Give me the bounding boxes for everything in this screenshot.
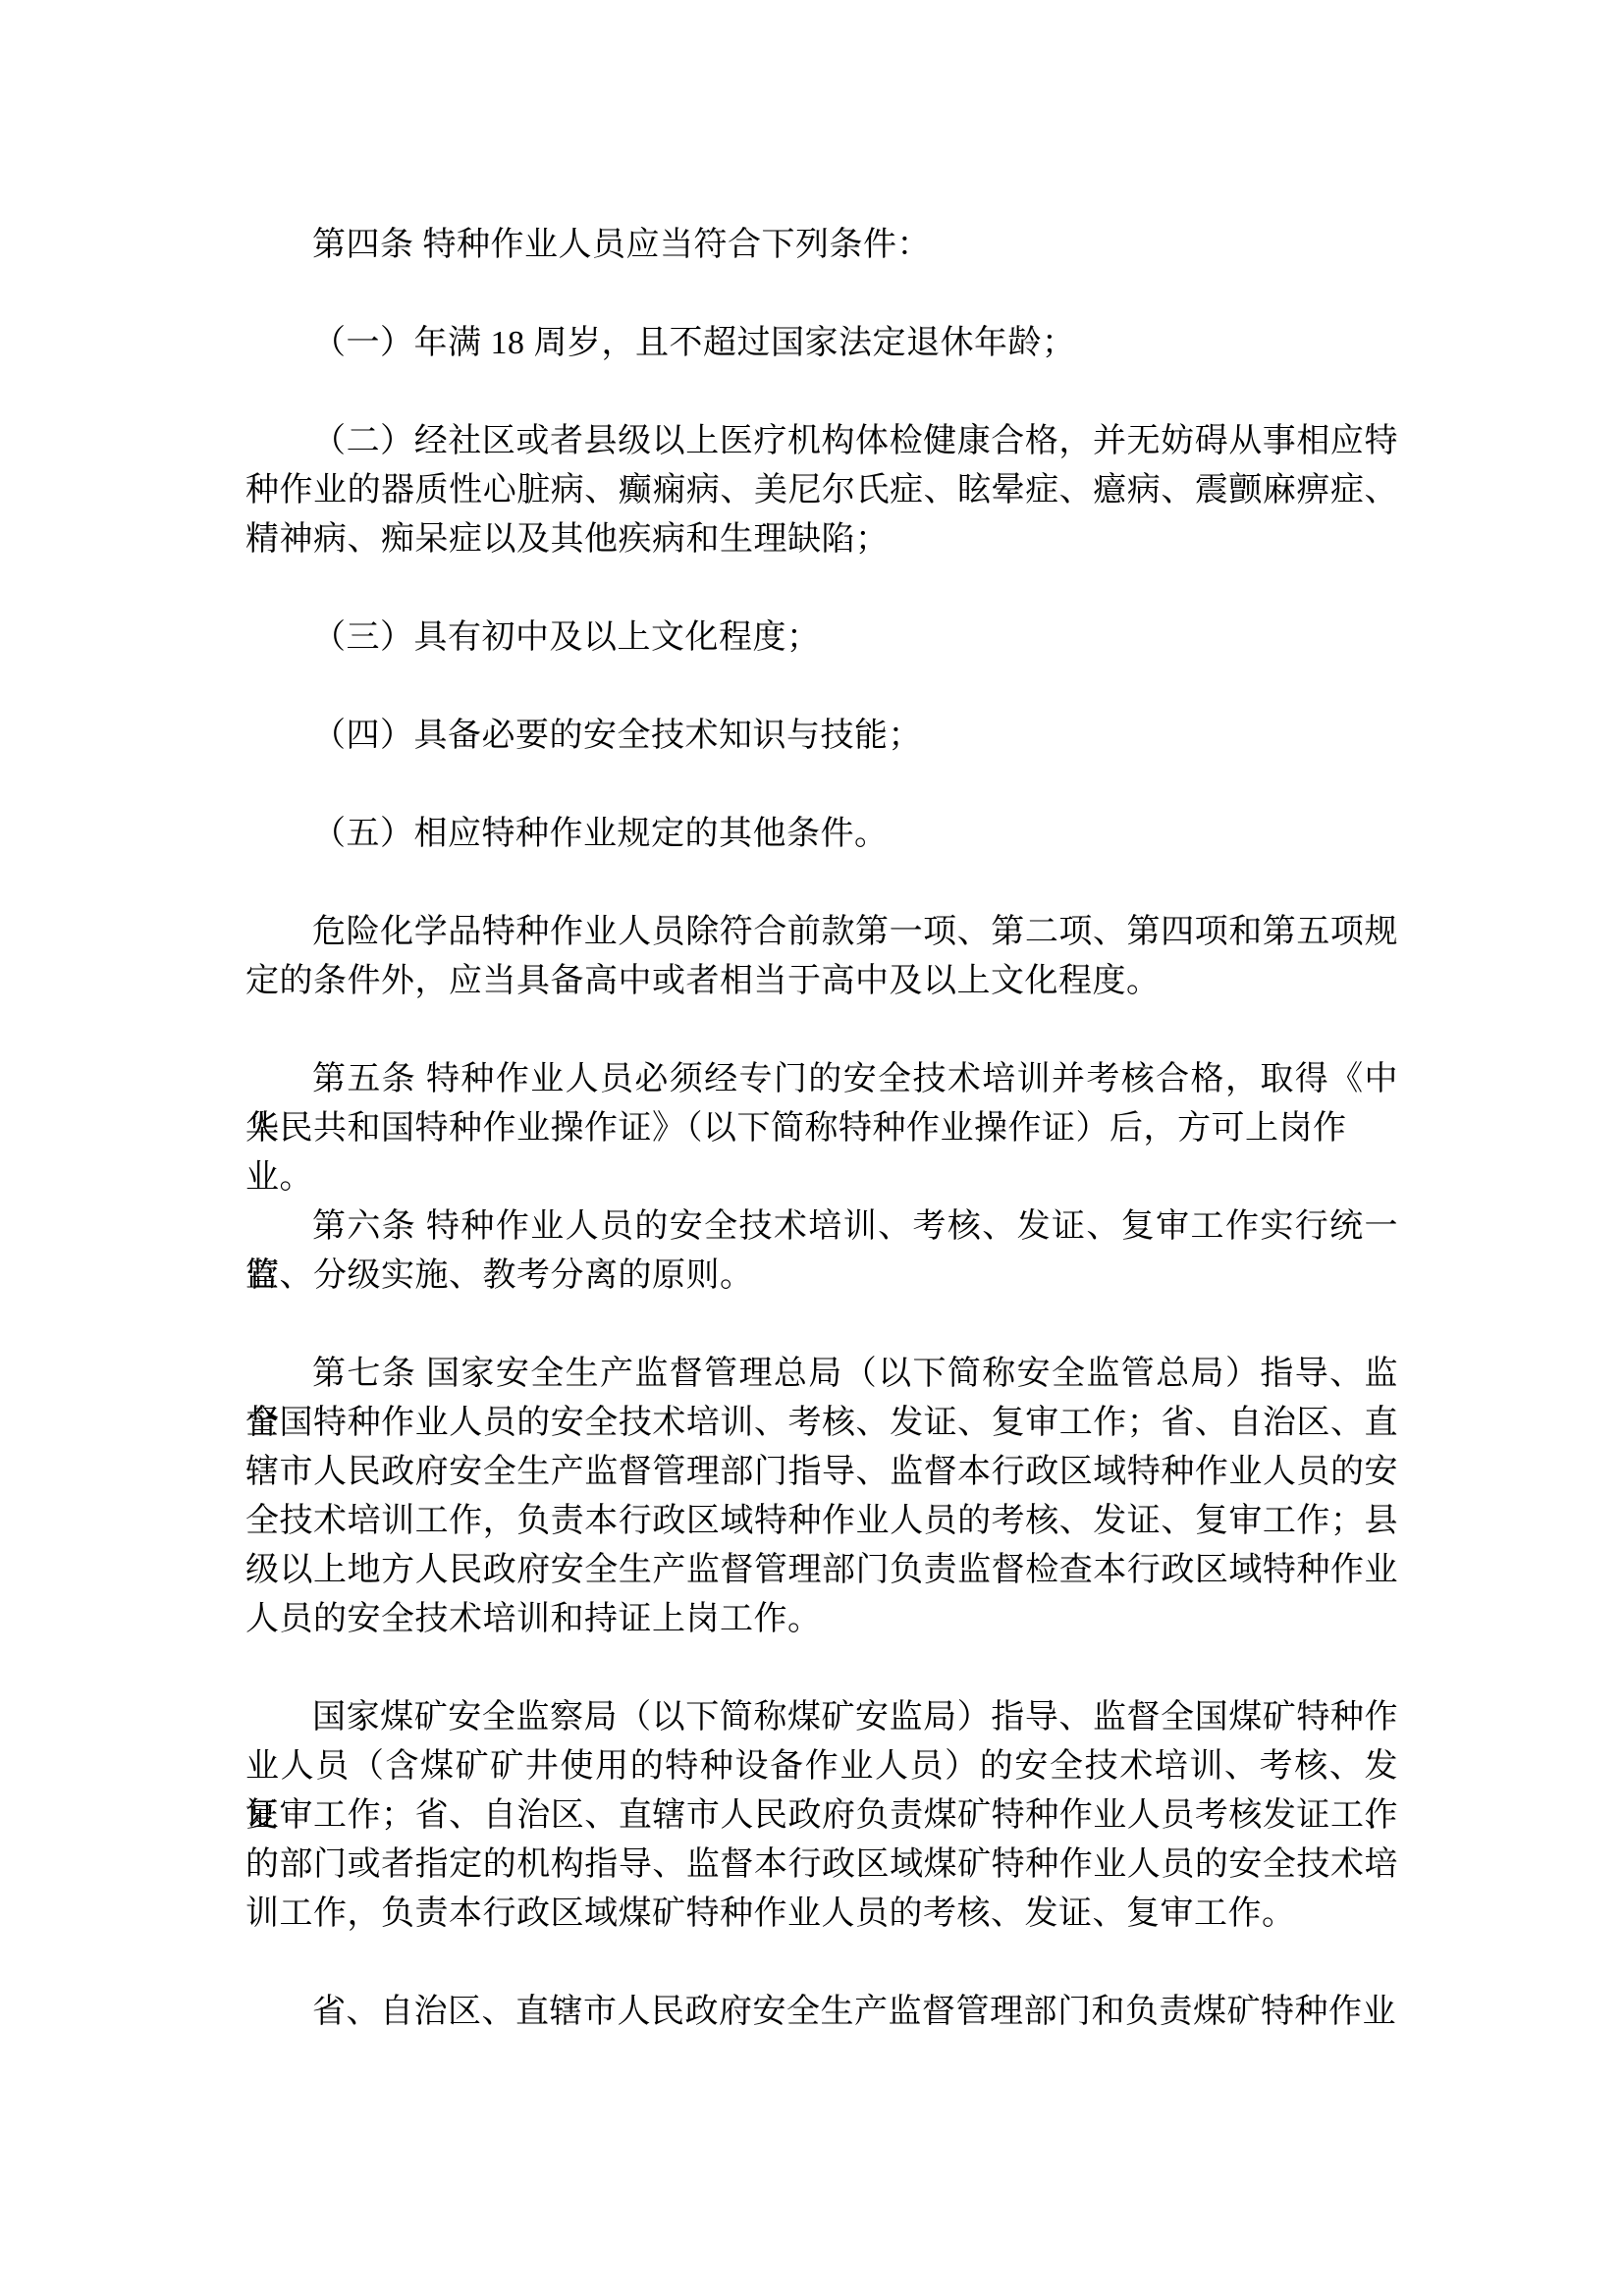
text-line: 管、分级实施、教考分离的原则。	[245, 1252, 1398, 1301]
text-line: （一）年满 18 周岁，且不超过国家法定退休年龄；	[245, 319, 1398, 368]
text-line: 精神病、痴呆症以及其他疾病和生理缺陷；	[245, 515, 1398, 564]
text-line: 辖市人民政府安全生产监督管理部门指导、监督本行政区域特种作业人员的安	[245, 1448, 1398, 1497]
text-line: 定的条件外，应当具备高中或者相当于高中及以上文化程度。	[245, 957, 1398, 1006]
text-line: 训工作，负责本行政区域煤矿特种作业人员的考核、发证、复审工作。	[245, 1890, 1398, 1939]
paragraph: 危险化学品特种作业人员除符合前款第一项、第二项、第四项和第五项规定的条件外，应当…	[245, 908, 1398, 1006]
text-line: 人员的安全技术培训和持证上岗工作。	[245, 1595, 1398, 1644]
text-line: 第六条 特种作业人员的安全技术培训、考核、发证、复审工作实行统一监	[245, 1202, 1398, 1252]
paragraph: （五）相应特种作业规定的其他条件。	[245, 810, 1398, 859]
paragraph: 第四条 特种作业人员应当符合下列条件：	[245, 221, 1398, 270]
paragraph: （一）年满 18 周岁，且不超过国家法定退休年龄；	[245, 319, 1398, 368]
paragraph: （三）具有初中及以上文化程度；	[245, 614, 1398, 663]
text-line: 危险化学品特种作业人员除符合前款第一项、第二项、第四项和第五项规	[245, 908, 1398, 957]
text-line: 业人员（含煤矿矿井使用的特种设备作业人员）的安全技术培训、考核、发证、	[245, 1742, 1398, 1791]
text-line: （四）具备必要的安全技术知识与技能；	[245, 712, 1398, 761]
text-line: 省、自治区、直辖市人民政府安全生产监督管理部门和负责煤矿特种作业	[245, 1988, 1398, 2037]
paragraph: 省、自治区、直辖市人民政府安全生产监督管理部门和负责煤矿特种作业	[245, 1988, 1398, 2037]
document-page: 第四条 特种作业人员应当符合下列条件：（一）年满 18 周岁，且不超过国家法定退…	[0, 0, 1624, 2296]
text-line: （三）具有初中及以上文化程度；	[245, 614, 1398, 663]
text-line: 级以上地方人民政府安全生产监督管理部门负责监督检查本行政区域特种作业	[245, 1546, 1398, 1595]
text-line: 第七条 国家安全生产监督管理总局（以下简称安全监管总局）指导、监督	[245, 1350, 1398, 1399]
paragraph: 第六条 特种作业人员的安全技术培训、考核、发证、复审工作实行统一监管、分级实施、…	[245, 1202, 1398, 1301]
paragraph: 国家煤矿安全监察局（以下简称煤矿安监局）指导、监督全国煤矿特种作业人员（含煤矿矿…	[245, 1693, 1398, 1939]
document-content: 第四条 特种作业人员应当符合下列条件：（一）年满 18 周岁，且不超过国家法定退…	[245, 221, 1398, 2086]
text-line: 第五条 特种作业人员必须经专门的安全技术培训并考核合格，取得《中华	[245, 1055, 1398, 1104]
paragraph: （二）经社区或者县级以上医疗机构体检健康合格，并无妨碍从事相应特种作业的器质性心…	[245, 417, 1398, 564]
text-line: 的部门或者指定的机构指导、监督本行政区域煤矿特种作业人员的安全技术培	[245, 1841, 1398, 1890]
paragraph: 第七条 国家安全生产监督管理总局（以下简称安全监管总局）指导、监督全国特种作业人…	[245, 1350, 1398, 1644]
text-line: 第四条 特种作业人员应当符合下列条件：	[245, 221, 1398, 270]
text-line: 全国特种作业人员的安全技术培训、考核、发证、复审工作；省、自治区、直	[245, 1399, 1398, 1448]
text-line: 人民共和国特种作业操作证》（以下简称特种作业操作证）后，方可上岗作业。	[245, 1104, 1398, 1153]
text-line: 全技术培训工作，负责本行政区域特种作业人员的考核、发证、复审工作；县	[245, 1497, 1398, 1546]
paragraph: 第五条 特种作业人员必须经专门的安全技术培训并考核合格，取得《中华人民共和国特种…	[245, 1055, 1398, 1153]
paragraph: （四）具备必要的安全技术知识与技能；	[245, 712, 1398, 761]
text-line: 种作业的器质性心脏病、癫痫病、美尼尔氏症、眩晕症、癔病、震颤麻痹症、	[245, 466, 1398, 515]
text-line: （二）经社区或者县级以上医疗机构体检健康合格，并无妨碍从事相应特	[245, 417, 1398, 466]
text-line: 国家煤矿安全监察局（以下简称煤矿安监局）指导、监督全国煤矿特种作	[245, 1693, 1398, 1742]
text-line: 复审工作；省、自治区、直辖市人民政府负责煤矿特种作业人员考核发证工作	[245, 1791, 1398, 1841]
text-line: （五）相应特种作业规定的其他条件。	[245, 810, 1398, 859]
